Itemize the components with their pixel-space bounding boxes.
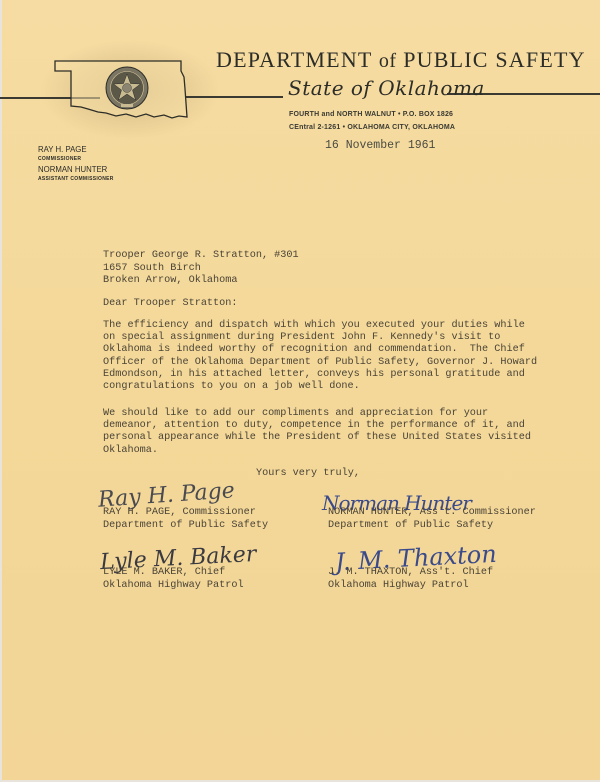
signatory-org: Oklahoma Highway Patrol xyxy=(328,580,493,593)
signature-block-thaxton: J. M. THAXTON, Ass't. ChiefOklahoma High… xyxy=(328,567,493,592)
signatory-org: Oklahoma Highway Patrol xyxy=(103,580,244,593)
signature-block-baker: LYLE M. BAKER, ChiefOklahoma Highway Pat… xyxy=(103,567,244,592)
scan-edge-left xyxy=(0,0,2,782)
oklahoma-state-outline-with-seal-icon xyxy=(54,59,190,121)
letterhead-address: FOURTH and NORTH WALNUT • P.O. BOX 1826 … xyxy=(289,108,455,134)
recipient-line: Broken Arrow, Oklahoma xyxy=(103,275,299,288)
department-title-suffix: PUBLIC SAFETY xyxy=(397,47,586,72)
letter-date: 16 November 1961 xyxy=(325,139,435,152)
closing: Yours very truly, xyxy=(256,468,360,479)
department-title-prefix: DEPARTMENT xyxy=(216,47,379,72)
address-line-1: FOURTH and NORTH WALNUT • P.O. BOX 1826 xyxy=(289,108,455,121)
recipient-address: Trooper George R. Stratton, #3011657 Sou… xyxy=(103,250,299,288)
signatory-org: Department of Public Safety xyxy=(103,520,268,533)
signature-block-page: RAY H. PAGE, CommissionerDepartment of P… xyxy=(103,507,268,532)
state-name: State of Oklahoma xyxy=(288,76,485,100)
signature-block-hunter: NORMAN HUNTER, Ass't. CommissionerDepart… xyxy=(328,507,536,532)
address-line-2: CEntral 2-1261 • OKLAHOMA CITY, OKLAHOMA xyxy=(289,121,455,134)
officials-list: RAY H. PAGE COMMISSIONER NORMAN HUNTER A… xyxy=(38,144,114,184)
recipient-line: Trooper George R. Stratton, #301 xyxy=(103,250,299,263)
department-title-of: of xyxy=(379,50,397,72)
official-role: COMMISSIONER xyxy=(38,155,114,164)
signatory-name: J. M. THAXTON, Ass't. Chief xyxy=(328,567,493,580)
official-name: NORMAN HUNTER xyxy=(38,164,114,175)
signatory-name: LYLE M. BAKER, Chief xyxy=(103,567,244,580)
official-role: ASSISTANT COMMISSIONER xyxy=(38,175,114,184)
official-name: RAY H. PAGE xyxy=(38,144,114,155)
signatory-org: Department of Public Safety xyxy=(328,520,536,533)
department-title: DEPARTMENT of PUBLIC SAFETY xyxy=(216,47,586,73)
signatory-name: NORMAN HUNTER, Ass't. Commissioner xyxy=(328,507,536,520)
salutation: Dear Trooper Stratton: xyxy=(103,298,238,309)
body-paragraph-1: The efficiency and dispatch with which y… xyxy=(103,320,537,393)
signatory-name: RAY H. PAGE, Commissioner xyxy=(103,507,268,520)
letterhead-rule-middle xyxy=(186,96,283,98)
body-paragraph-2: We should like to add our compliments an… xyxy=(103,408,531,457)
recipient-line: 1657 South Birch xyxy=(103,263,299,276)
